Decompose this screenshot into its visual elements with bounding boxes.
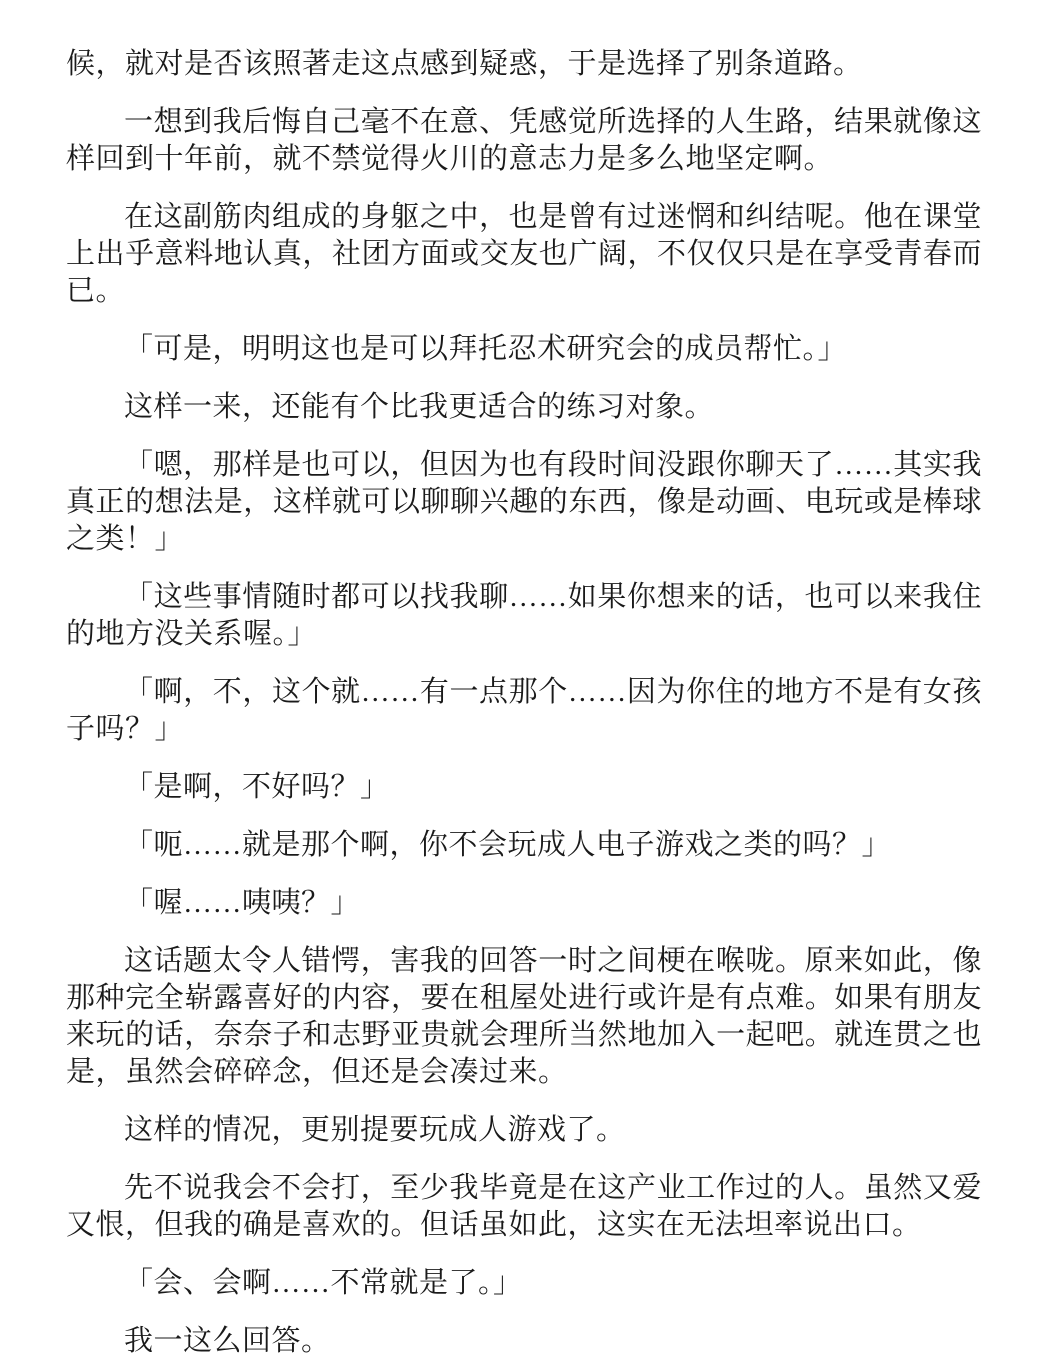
paragraph-15: 「会、会啊……不常就是了。」 (66, 1265, 982, 1302)
paragraph-4: 「可是，明明这也是可以拜托忍术研究会的成员帮忙。」 (66, 331, 982, 368)
document-page: 候，就对是否该照著走这点感到疑惑，于是选择了别条道路。 一想到我后悔自己毫不在意… (0, 0, 1046, 1354)
paragraph-16: 我一这么回答。 (66, 1323, 982, 1354)
paragraph-2: 一想到我后悔自己毫不在意、凭感觉所选择的人生路，结果就像这样回到十年前，就不禁觉… (66, 104, 982, 178)
paragraph-3: 在这副筋肉组成的身躯之中，也是曾有过迷惘和纠结呢。他在课堂上出乎意料地认真，社团… (66, 199, 982, 310)
paragraph-8: 「啊，不，这个就……有一点那个……因为你住的地方不是有女孩子吗？」 (66, 674, 982, 748)
paragraph-6: 「嗯，那样是也可以，但因为也有段时间没跟你聊天了……其实我真正的想法是，这样就可… (66, 447, 982, 558)
paragraph-13: 这样的情况，更别提要玩成人游戏了。 (66, 1112, 982, 1149)
paragraph-7: 「这些事情随时都可以找我聊……如果你想来的话，也可以来我住的地方没关系喔。」 (66, 579, 982, 653)
paragraph-9: 「是啊，不好吗？」 (66, 769, 982, 806)
paragraph-10: 「呃……就是那个啊，你不会玩成人电子游戏之类的吗？」 (66, 827, 982, 864)
paragraph-11: 「喔……咦咦？」 (66, 885, 982, 922)
paragraph-12: 这话题太令人错愕，害我的回答一时之间梗在喉咙。原来如此，像那种完全崭露喜好的内容… (66, 943, 982, 1091)
paragraph-1: 候，就对是否该照著走这点感到疑惑，于是选择了别条道路。 (66, 46, 982, 83)
paragraph-14: 先不说我会不会打，至少我毕竟是在这产业工作过的人。虽然又爱又恨，但我的确是喜欢的… (66, 1170, 982, 1244)
paragraph-5: 这样一来，还能有个比我更适合的练习对象。 (66, 389, 982, 426)
